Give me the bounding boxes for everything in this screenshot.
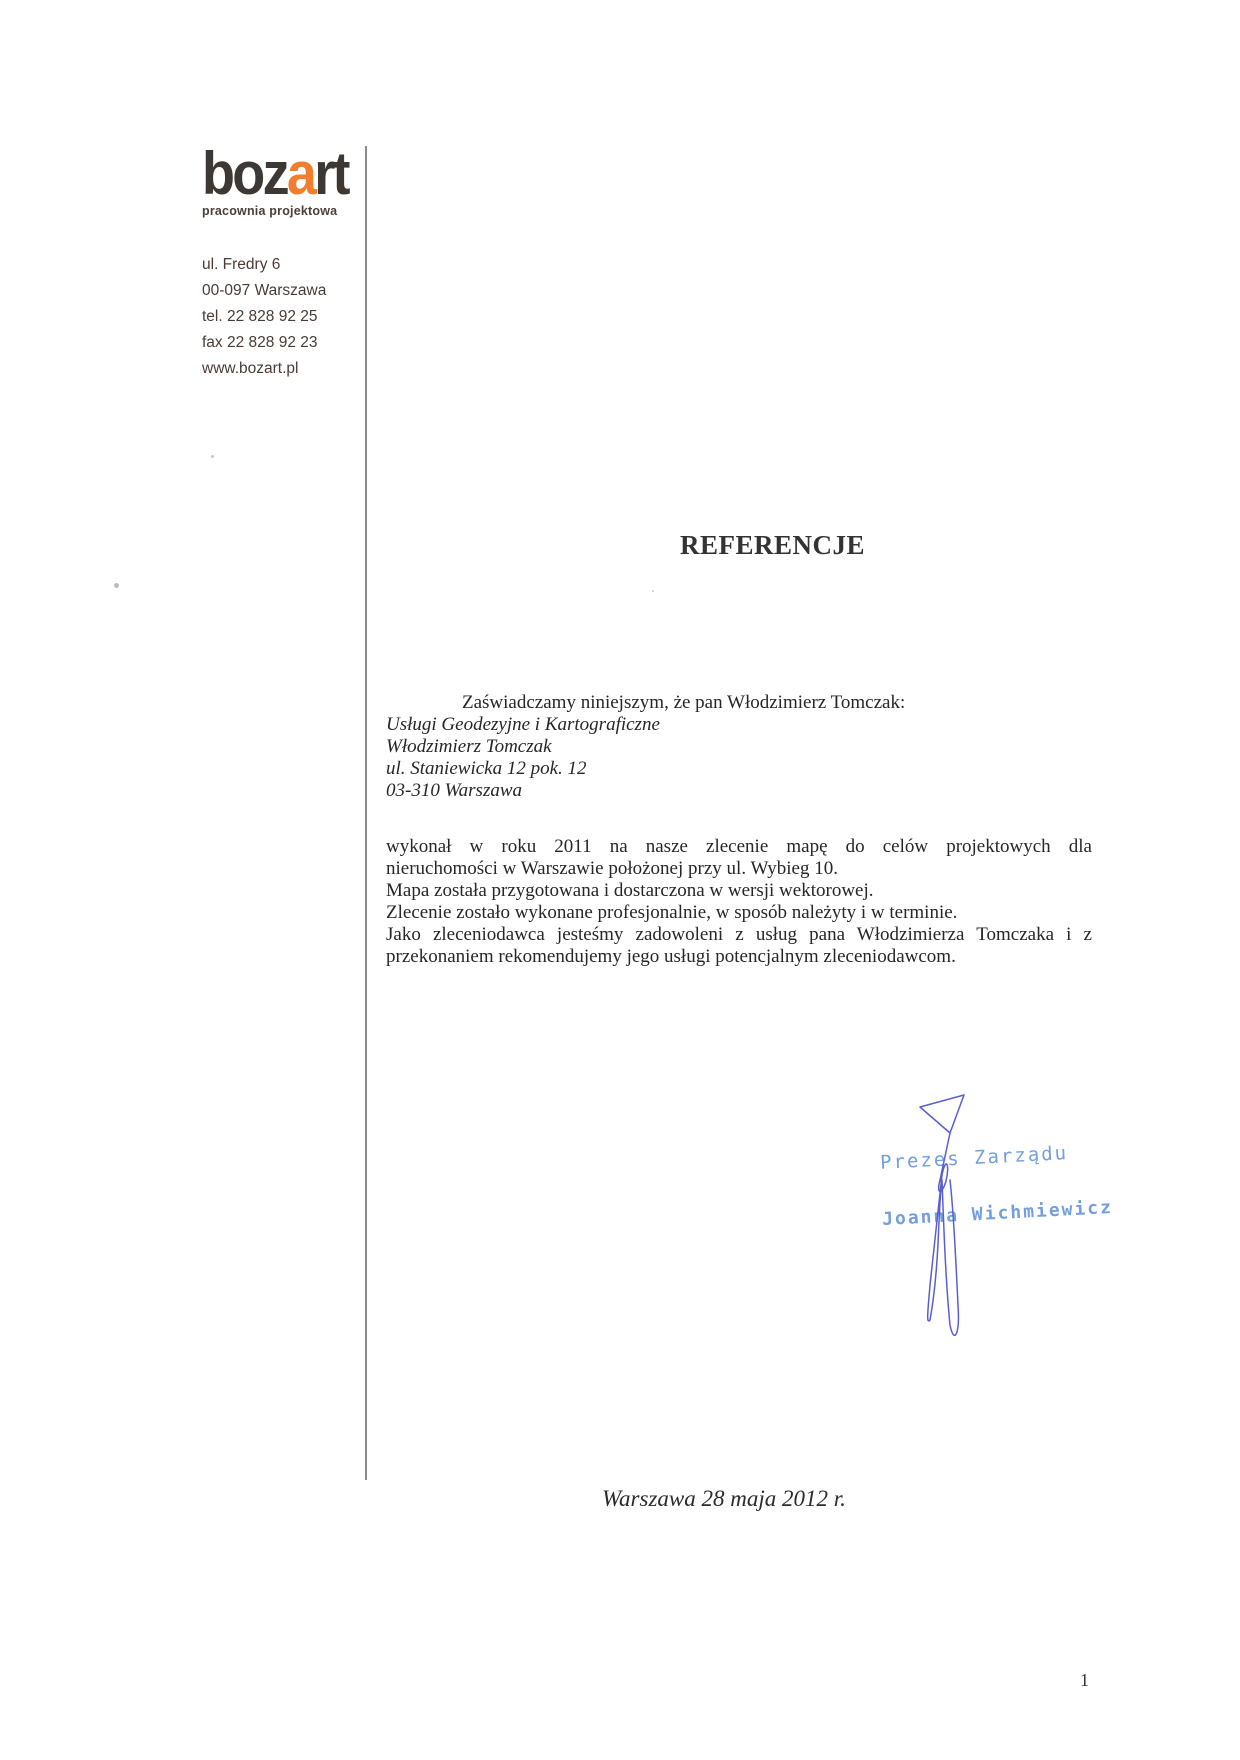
contact-city: 00-097 Warszawa <box>202 278 326 304</box>
scan-speck <box>114 583 119 588</box>
scan-speck <box>652 590 654 592</box>
body-line: Zlecenie zostało wykonane profesjonalnie… <box>386 902 1092 924</box>
handwritten-signature-icon <box>870 1085 1100 1355</box>
signature-block: Prezes Zarządu Joanna Wichmiewicz <box>870 1085 1100 1355</box>
letterhead-divider <box>365 146 367 1480</box>
page-number: 1 <box>1080 1670 1089 1691</box>
contact-street: ul. Fredry 6 <box>202 252 326 278</box>
body-line: nieruchomości w Warszawie położonej przy… <box>386 858 1092 880</box>
logo-suffix: rt <box>314 140 348 207</box>
logo-prefix: boz <box>202 140 287 207</box>
body-line: Mapa została przygotowana i dostarczona … <box>386 880 1092 902</box>
recipient-name: Włodzimierz Tomczak <box>386 736 905 758</box>
logo-wordmark: bozart <box>202 146 348 202</box>
contact-fax: fax 22 828 92 23 <box>202 330 326 356</box>
company-contact: ul. Fredry 6 00-097 Warszawa tel. 22 828… <box>202 252 326 382</box>
contact-website: www.bozart.pl <box>202 356 326 382</box>
scan-speck <box>211 455 214 458</box>
body-line: przekonaniem rekomendujemy jego usługi p… <box>386 946 1092 968</box>
intro-block: Zaświadczamy niniejszym, że pan Włodzimi… <box>386 692 905 802</box>
place-and-date: Warszawa 28 maja 2012 r. <box>602 1486 846 1512</box>
reference-body: wykonał w roku 2011 na nasze zlecenie ma… <box>386 836 1092 968</box>
logo-accent-letter: a <box>287 140 314 207</box>
body-line: Jako zleceniodawca jesteśmy zadowoleni z… <box>386 924 1092 946</box>
document-title: REFERENCJE <box>680 530 865 561</box>
recipient-company: Usługi Geodezyjne i Kartograficzne <box>386 714 905 736</box>
intro-line: Zaświadczamy niniejszym, że pan Włodzimi… <box>386 692 905 714</box>
contact-phone: tel. 22 828 92 25 <box>202 304 326 330</box>
recipient-city: 03-310 Warszawa <box>386 780 905 802</box>
recipient-street: ul. Staniewicka 12 pok. 12 <box>386 758 905 780</box>
body-line: wykonał w roku 2011 na nasze zlecenie ma… <box>386 836 1092 858</box>
company-logo: bozart pracownia projektowa <box>202 146 364 218</box>
